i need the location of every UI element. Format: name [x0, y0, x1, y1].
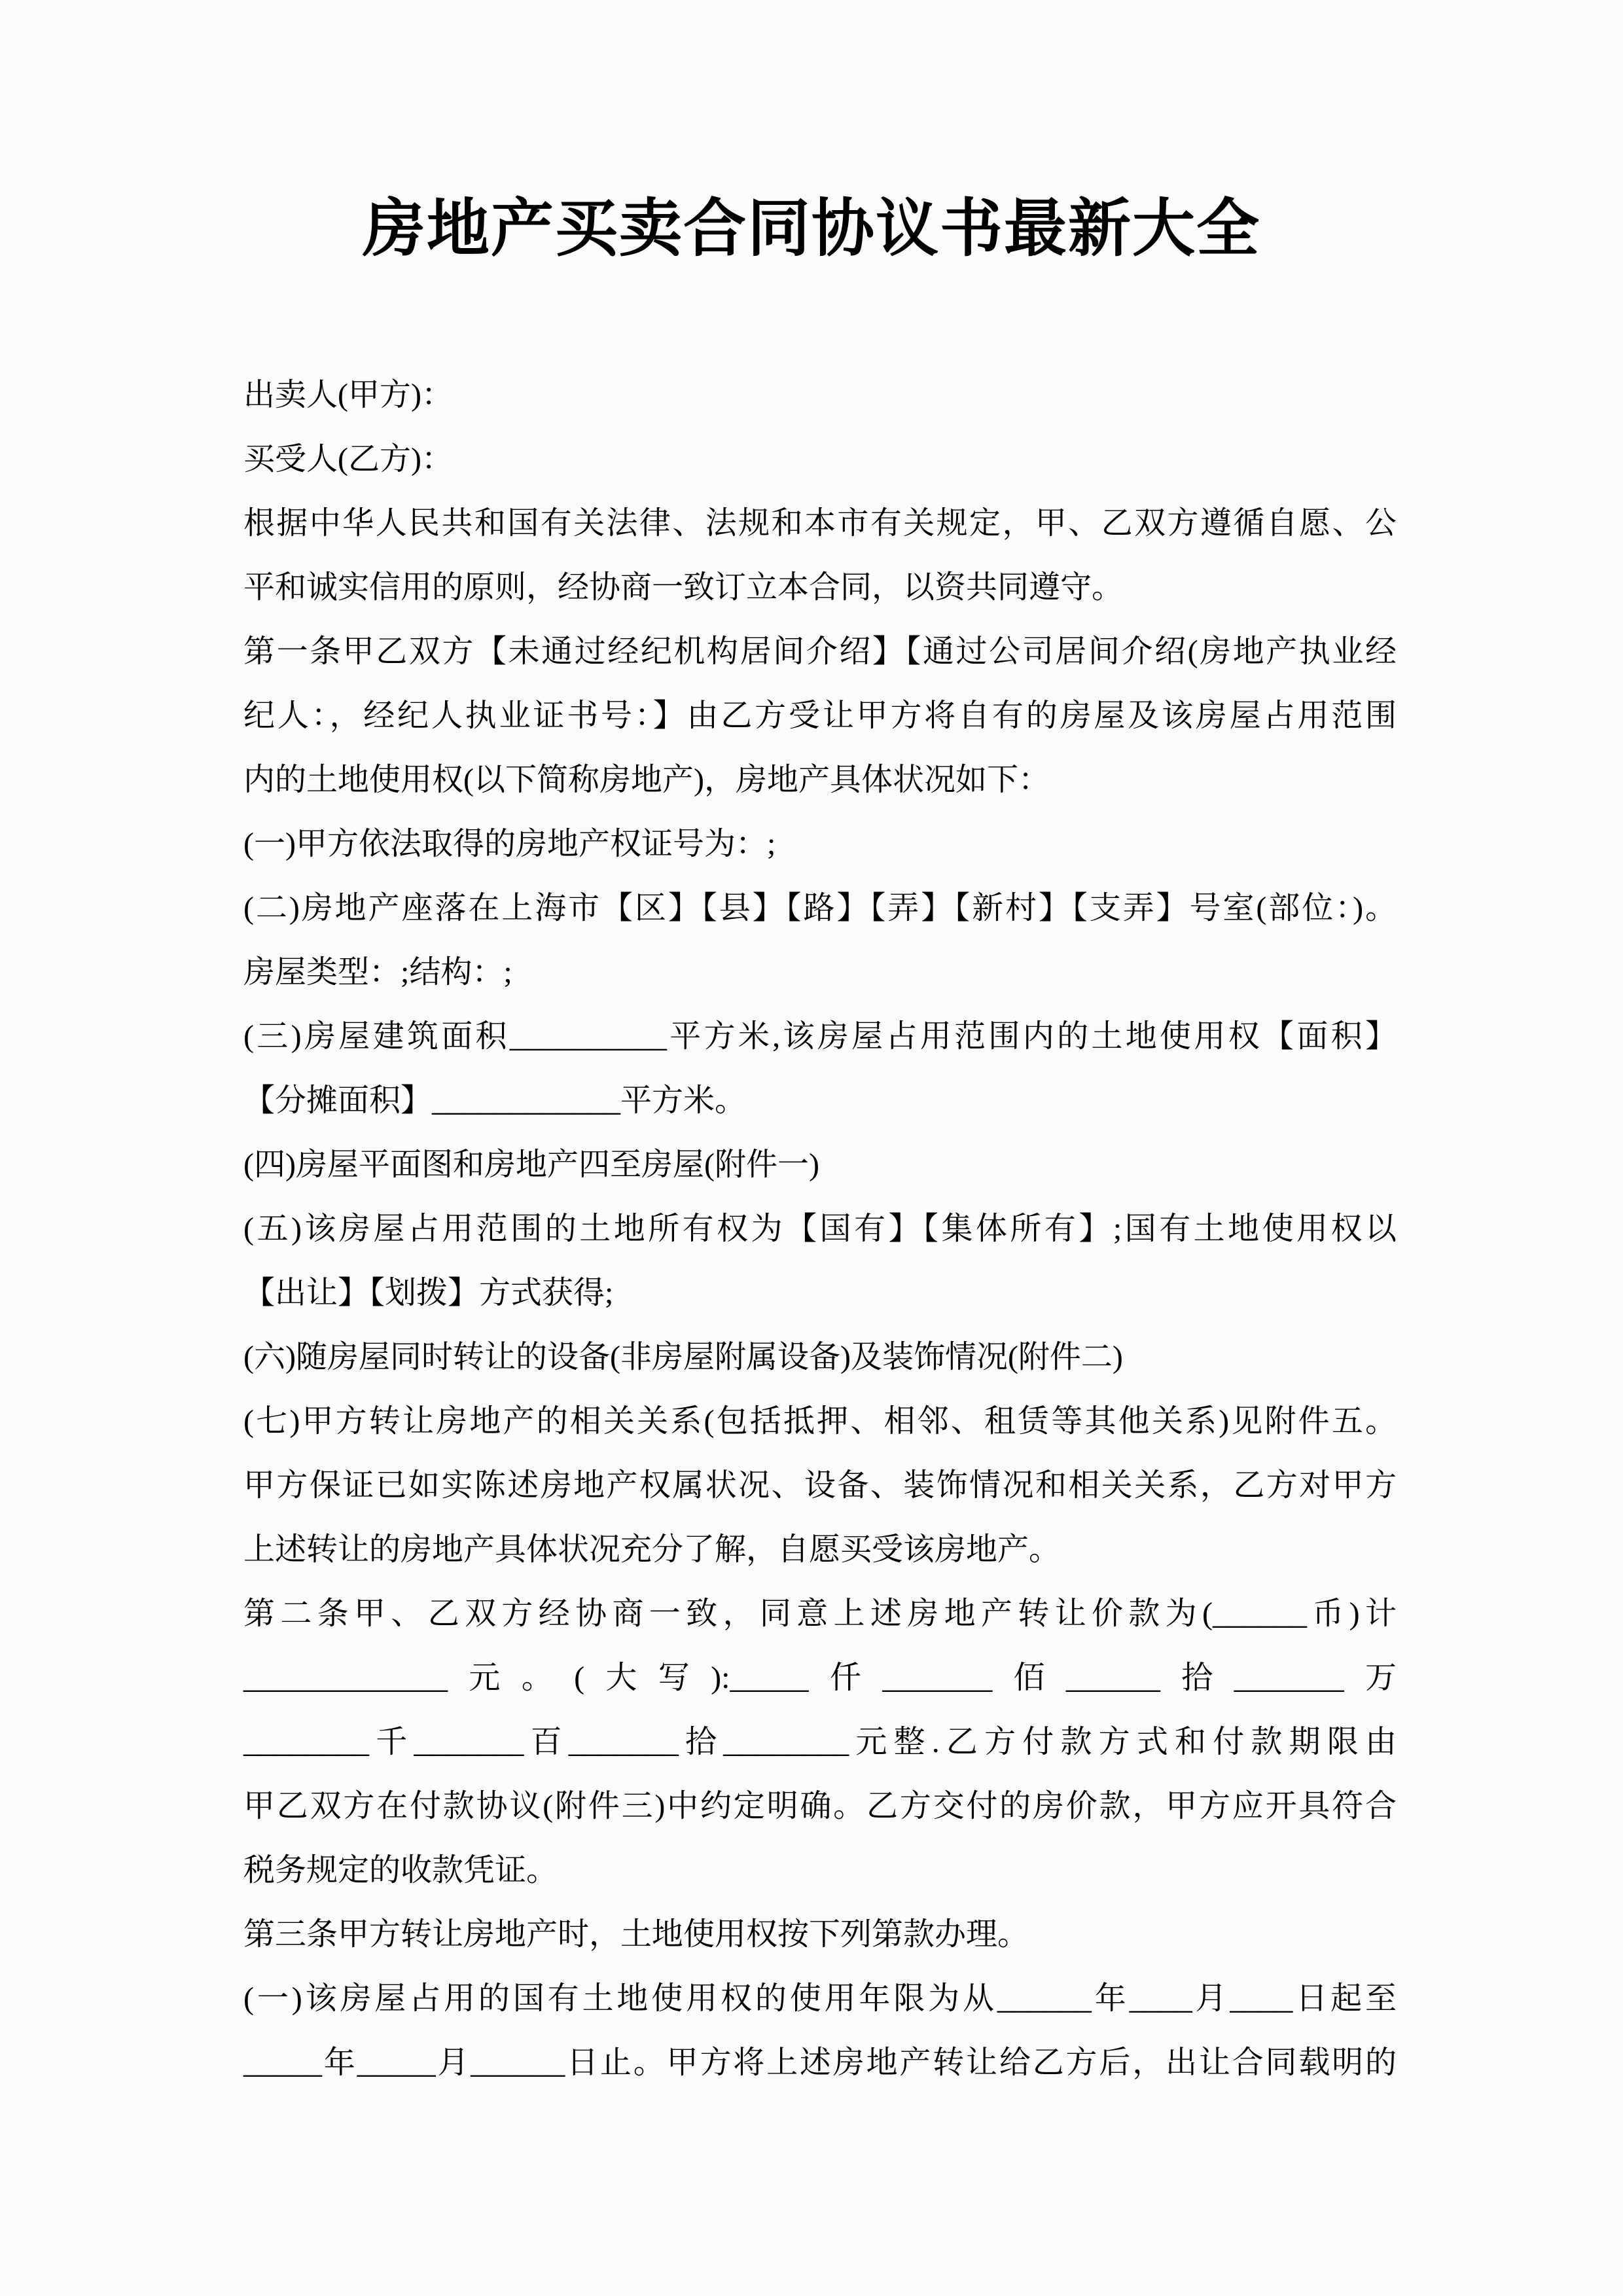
paragraph-line: 平和诚实信用的原则，经协商一致订立本合同，以资共同遵守。: [243, 556, 1397, 620]
paragraph-line: 买受人(乙方)：: [243, 427, 1397, 492]
paragraph-line: (五)该房屋占用范围的土地所有权为【国有】【集体所有】;国有土地使用权以: [243, 1197, 1397, 1261]
document-title: 房地产买卖合同协议书最新大全: [0, 0, 1623, 266]
paragraph-line: 根据中华人民共和国有关法律、法规和本市有关规定，甲、乙双方遵循自愿、公: [243, 492, 1397, 556]
paragraph-line: 【出让】【划拨】方式获得;: [243, 1261, 1397, 1325]
document-body: 出卖人(甲方)：买受人(乙方)：根据中华人民共和国有关法律、法规和本市有关规定，…: [243, 363, 1397, 2095]
paragraph-line: 税务规定的收款凭证。: [243, 1839, 1397, 1903]
paragraph-line: 上述转让的房地产具体状况充分了解，自愿买受该房地产。: [243, 1518, 1397, 1582]
paragraph-line: (一)该房屋占用的国有土地使用权的使用年限为从______年____月____日…: [243, 1967, 1397, 2031]
paragraph-line: (三)房屋建筑面积__________平方米,该房屋占用范围内的土地使用权【面积…: [243, 1005, 1397, 1069]
paragraph-line: (六)随房屋同时转让的设备(非房屋附属设备)及装饰情况(附件二): [243, 1325, 1397, 1390]
paragraph-line: _____年_____月______日止。甲方将上述房地产转让给乙方后，出让合同…: [243, 2031, 1397, 2095]
paragraph-line: (一)甲方依法取得的房地产权证号为：;: [243, 812, 1397, 876]
paragraph-line: 第三条甲方转让房地产时，土地使用权按下列第款办理。: [243, 1903, 1397, 1967]
paragraph-line: 房屋类型：;结构：;: [243, 941, 1397, 1005]
paragraph-line: (二)房地产座落在上海市【区】【县】【路】【弄】【新村】【支弄】号室(部位：)。: [243, 876, 1397, 941]
paragraph-line: 甲乙双方在付款协议(附件三)中约定明确。乙方交付的房价款，甲方应开具符合: [243, 1774, 1397, 1839]
paragraph-line: 第二条甲、乙双方经协商一致，同意上述房地产转让价款为(______币)计: [243, 1582, 1397, 1646]
paragraph-line: ________千_______百_______拾________元整.乙方付款…: [243, 1710, 1397, 1774]
paragraph-line: (四)房屋平面图和房地产四至房屋(附件一): [243, 1133, 1397, 1197]
paragraph-line: 纪人：，经纪人执业证书号：】由乙方受让甲方将自有的房屋及该房屋占用范围: [243, 684, 1397, 748]
paragraph-line: 内的土地使用权(以下简称房地产)，房地产具体状况如下：: [243, 748, 1397, 812]
paragraph-line: 甲方保证已如实陈述房地产权属状况、设备、装饰情况和相关关系，乙方对甲方: [243, 1454, 1397, 1518]
paragraph-line: 出卖人(甲方)：: [243, 363, 1397, 427]
paragraph-line: 第一条甲乙双方【未通过经纪机构居间介绍】【通过公司居间介绍(房地产执业经: [243, 620, 1397, 684]
paragraph-line: _____________元。(大写):_____仟_______佰______…: [243, 1646, 1397, 1710]
document-page: 房地产买卖合同协议书最新大全 出卖人(甲方)：买受人(乙方)：根据中华人民共和国…: [0, 0, 1623, 2296]
paragraph-line: (七)甲方转让房地产的相关关系(包括抵押、相邻、租赁等其他关系)见附件五。: [243, 1390, 1397, 1454]
paragraph-line: 【分摊面积】____________平方米。: [243, 1069, 1397, 1133]
